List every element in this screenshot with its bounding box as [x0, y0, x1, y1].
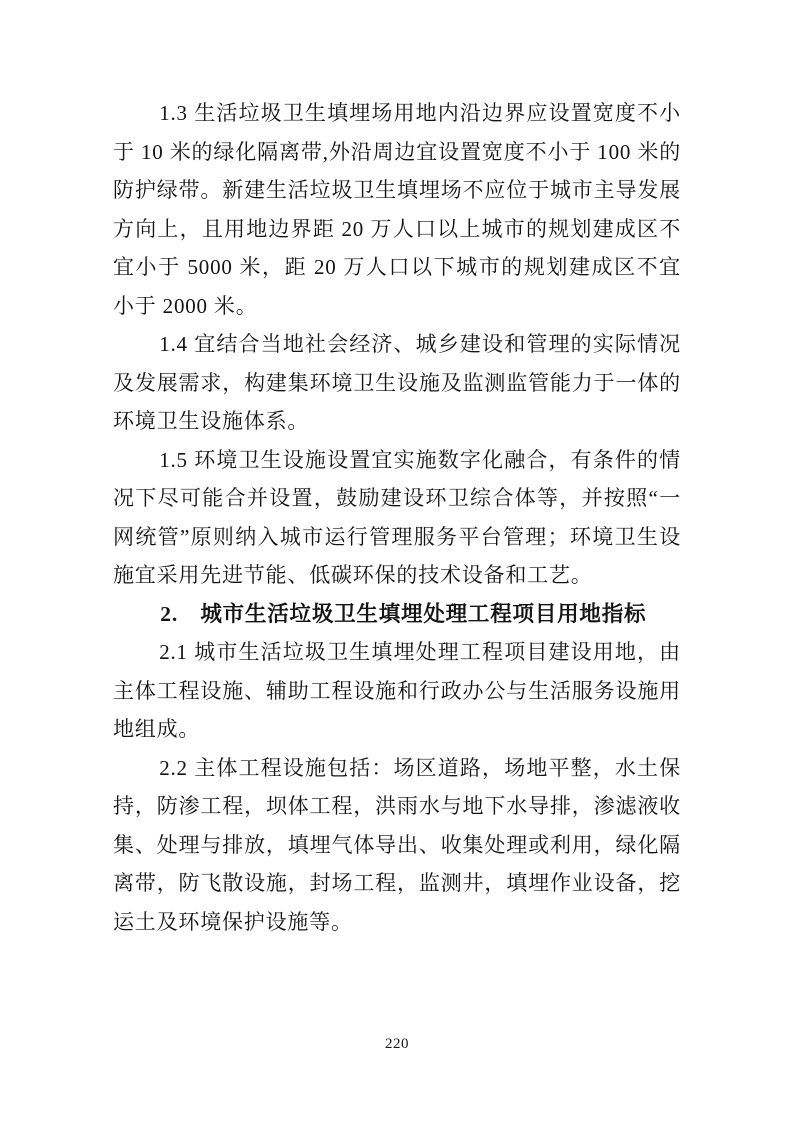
clause-1-3: 1.3 生活垃圾卫生填埋场用地内沿边界应设置宽度不小于 10 米的绿化隔离带,外… [113, 94, 681, 325]
section-2-heading: 2. 城市生活垃圾卫生填埋处理工程项目用地指标 [113, 595, 681, 634]
document-page: 1.3 生活垃圾卫生填埋场用地内沿边界应设置宽度不小于 10 米的绿化隔离带,外… [0, 0, 794, 1122]
clause-2-2: 2.2 主体工程设施包括：场区道路，场地平整，水土保持，防渗工程，坝体工程，洪雨… [113, 749, 681, 942]
document-body: 1.3 生活垃圾卫生填埋场用地内沿边界应设置宽度不小于 10 米的绿化隔离带,外… [113, 94, 681, 941]
clause-1-4: 1.4 宜结合当地社会经济、城乡建设和管理的实际情况及发展需求，构建集环境卫生设… [113, 325, 681, 441]
clause-1-5: 1.5 环境卫生设施设置宜实施数字化融合，有条件的情况下尽可能合并设置，鼓励建设… [113, 441, 681, 595]
page-number: 220 [0, 1034, 794, 1054]
clause-2-1: 2.1 城市生活垃圾卫生填埋处理工程项目建设用地，由主体工程设施、辅助工程设施和… [113, 633, 681, 749]
